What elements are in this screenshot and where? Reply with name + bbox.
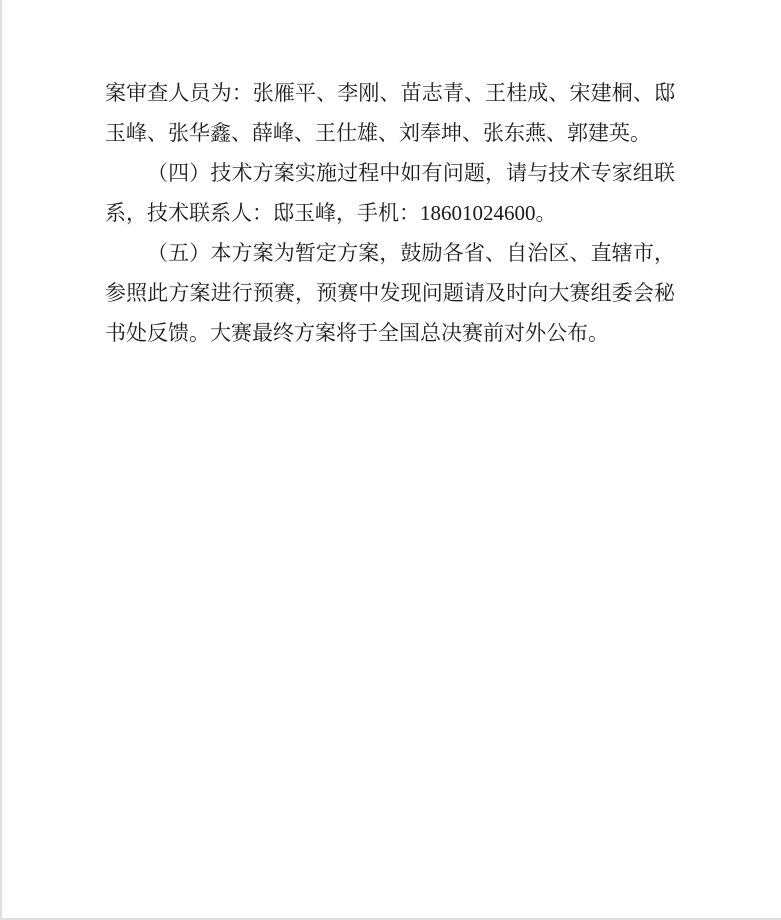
- document-line: 系，技术联系人：邸玉峰，手机：18601024600。: [105, 193, 675, 233]
- document-line: 书处反馈。大赛最终方案将于全国总决赛前对外公布。: [105, 313, 675, 353]
- text-block: 案审查人员为：张雁平、李刚、苗志青、王桂成、宋建桐、邸玉峰、张华鑫、薛峰、王仕雄…: [105, 73, 675, 353]
- document-page: 案审查人员为：张雁平、李刚、苗志青、王桂成、宋建桐、邸玉峰、张华鑫、薛峰、王仕雄…: [0, 0, 781, 920]
- document-line: 玉峰、张华鑫、薛峰、王仕雄、刘奉坤、张东燕、郭建英。: [105, 113, 675, 153]
- document-line: 参照此方案进行预赛，预赛中发现问题请及时向大赛组委会秘: [105, 273, 675, 313]
- page-left-edge-line: [0, 0, 2, 920]
- document-line: （五）本方案为暂定方案，鼓励各省、自治区、直辖市，: [105, 233, 675, 273]
- document-line: 案审查人员为：张雁平、李刚、苗志青、王桂成、宋建桐、邸: [105, 73, 675, 113]
- document-line: （四）技术方案实施过程中如有问题，请与技术专家组联: [105, 153, 675, 193]
